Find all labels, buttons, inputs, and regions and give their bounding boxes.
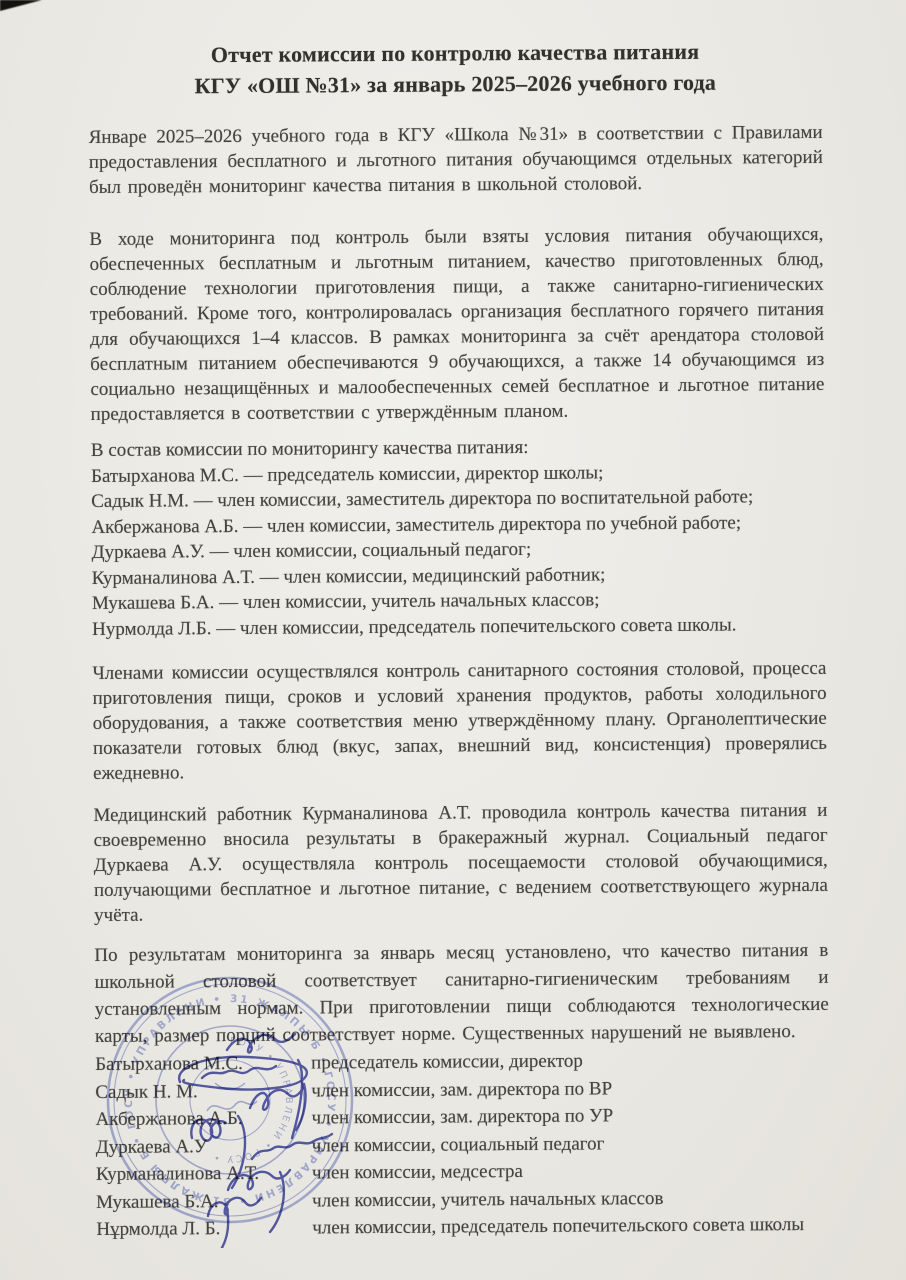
scanned-document-page: Отчет комиссии по контролю качества пита… (0, 0, 906, 1280)
signature-role: председатель комиссии, директор (311, 1048, 583, 1077)
signature-name: Акбержанова А.Б. (95, 1105, 242, 1134)
signature-name: Батырханова М.С. (95, 1050, 243, 1079)
signature-role: член комиссии, зам. директора по ВР (311, 1075, 612, 1105)
document-content: Отчет комиссии по контролю качества пита… (88, 35, 830, 1244)
paragraph-monitoring-scope: В ходе мониторинга под контроль были взя… (89, 222, 824, 427)
signature-role: член комиссии, социальный педагог (312, 1130, 605, 1160)
paragraph-results: По результатам мониторинга за январь мес… (94, 937, 829, 1050)
paragraph-medical-control: Медицинский работник Курманалинова А.Т. … (93, 798, 828, 928)
paragraph-commission-control: Членами комиссии осуществлялся контроль … (92, 656, 827, 786)
signature-block: Батырханова М.С. председатель комиссии, … (95, 1046, 830, 1244)
signature-name: Нұрмолда Л. Б. (96, 1215, 220, 1243)
document-title-line2: КГУ «ОШ №31» за январь 2025–2026 учебног… (88, 66, 822, 102)
signature-name: Садык Н. М. (95, 1078, 198, 1106)
commission-member: Нурмолда Л.Б. — член комиссии, председат… (92, 611, 826, 642)
document-title-line1: Отчет комиссии по контролю качества пита… (88, 35, 822, 71)
signature-role: член комиссии, зам. директора по УР (311, 1102, 613, 1132)
paragraph-intro: Январе 2025–2026 учебного года в КГУ «Шк… (89, 120, 824, 200)
commission-list: В состав комиссии по мониторингу качеств… (91, 433, 826, 642)
scan-corner-artifact (0, 0, 42, 11)
signature-name: Курманалинова А.Т. (96, 1160, 259, 1189)
commission-member: Акбержанова А.Б. — член комиссии, замест… (91, 509, 825, 540)
signature-role: член комиссии, председатель попечительск… (312, 1211, 804, 1242)
signature-name: Дуркаева А.У (96, 1133, 208, 1161)
signature-role: член комиссии, учитель начальных классов (312, 1185, 664, 1215)
signature-name: Мукашева Б.А. (96, 1188, 219, 1216)
signature-row: Нұрмолда Л. Б. член комиссии, председате… (96, 1211, 830, 1244)
signature-role: член комиссии, медсестра (312, 1158, 523, 1187)
